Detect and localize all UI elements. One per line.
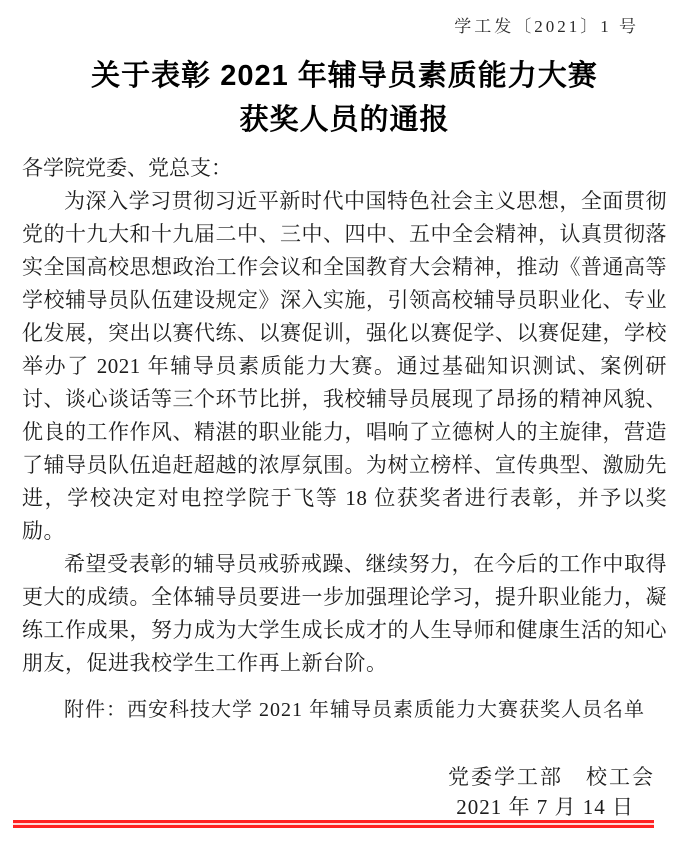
salutation: 各学院党委、党总支： — [22, 152, 667, 185]
doc-number: 学工发〔2021〕1 号 — [22, 14, 667, 40]
issue-date: 2021 年 7 月 14 日 — [456, 792, 634, 822]
document-title: 关于表彰 2021 年辅导员素质能力大赛 获奖人员的通报 — [22, 54, 667, 142]
footer-red-rule — [13, 820, 654, 828]
attachment-note: 附件：西安科技大学 2021 年辅导员素质能力大赛获奖人员名单 — [64, 694, 645, 727]
title-line-1: 关于表彰 2021 年辅导员素质能力大赛 — [22, 54, 667, 98]
body-paragraph-1: 为深入学习贯彻习近平新时代中国特色社会主义思想，全面贯彻党的十九大和十九届二中、… — [22, 185, 667, 548]
body-paragraph-2: 希望受表彰的辅导员戒骄戒躁、继续努力，在今后的工作中取得更大的成绩。全体辅导员要… — [22, 548, 667, 680]
title-line-2: 获奖人员的通报 — [22, 98, 667, 142]
document-page: 学工发〔2021〕1 号 关于表彰 2021 年辅导员素质能力大赛 获奖人员的通… — [0, 0, 690, 865]
issuer-signature: 党委学工部 校工会 — [448, 761, 655, 794]
